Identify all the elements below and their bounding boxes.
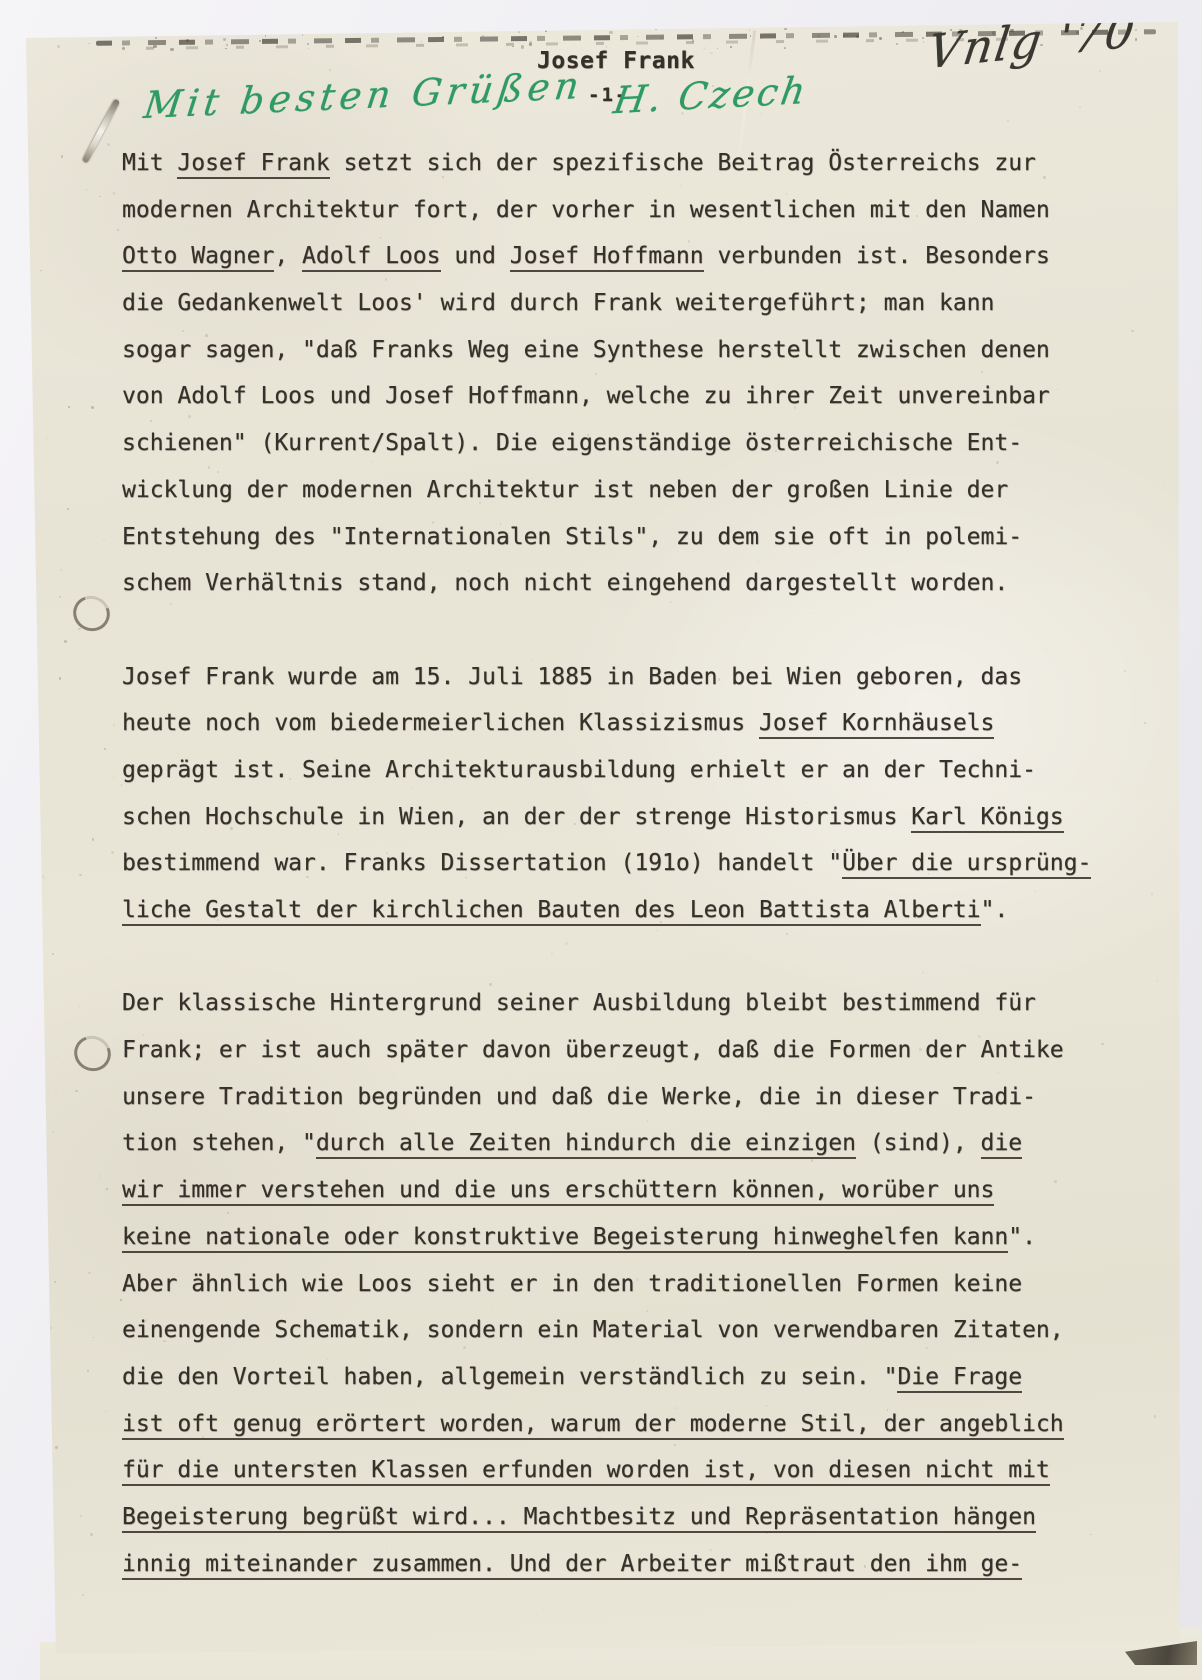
toner-speck [82,1594,84,1596]
text-segment: setzt sich der spezifische Beitrag Öster… [330,150,1036,176]
toner-speck [1157,980,1158,981]
toner-speck [1079,106,1082,109]
text-segment: von Adolf Loos und Josef Hoffmann, welch… [122,383,1050,409]
toner-speck [784,28,786,30]
toner-speck [113,724,115,726]
typewritten-line: sogar sagen, "daß Franks Weg eine Synthe… [122,327,1132,374]
toner-speck [36,1442,39,1445]
underlined-text: Josef Frank [177,150,329,179]
toner-speck [37,953,38,954]
typewritten-line: wir immer verstehen und die uns erschütt… [122,1167,1132,1214]
toner-speck [377,28,380,31]
toner-speck [896,43,898,45]
typewritten-line: Frank; er ist auch später davon überzeug… [122,1027,1132,1074]
typewritten-line: für die untersten Klassen erfunden worde… [122,1447,1132,1494]
text-segment: Entstehung des "Internationalen Stils", … [122,524,1022,550]
text-segment: die den Vorteil haben, allgemein verstän… [122,1364,897,1390]
underlined-text: Über die ursprüng- [842,850,1091,879]
toner-speck [91,406,94,409]
toner-speck [104,748,106,750]
toner-speck [114,706,115,707]
handwritten-date-note: Vnlg '70 [925,3,1140,80]
typewritten-line: schem Verhältnis stand, noch nicht einge… [122,560,1132,607]
text-segment: wicklung der modernen Architektur ist ne… [122,477,1008,503]
toner-speck [87,1370,89,1372]
toner-speck [43,1566,45,1568]
text-segment: (sind), [856,1130,981,1156]
toner-speck [43,877,45,879]
underlined-text: durch alle Zeiten hindurch die einzigen [316,1130,856,1159]
typewritten-line: Entstehung des "Internationalen Stils", … [122,514,1132,561]
toner-speck [46,438,47,439]
paper-sheet: Vnlg '70 Josef Frank -1- Mit besten Grüß… [26,22,1180,1654]
toner-speck [730,46,732,48]
underlined-text: Begeisterung begrüßt wird... Machtbesitz… [122,1504,1036,1533]
typewritten-line: geprägt ist. Seine Architekturausbildung… [122,747,1132,794]
toner-speck [1151,893,1153,895]
scanned-document: Vnlg '70 Josef Frank -1- Mit besten Grüß… [0,0,1202,1680]
typewritten-line: tion stehen, "durch alle Zeiten hindurch… [122,1120,1132,1167]
underlined-text: Adolf Loos [302,243,440,272]
toner-speck [111,851,114,854]
text-segment: die Gedankenwelt Loos' wird durch Frank … [122,290,994,316]
text-segment: ". [981,897,1009,923]
toner-speck [75,1090,78,1093]
underlined-text: keine nationale oder konstruktive Begeis… [122,1224,1008,1253]
toner-speck [86,189,87,190]
text-segment: Josef Frank wurde am 15. Juli 1885 in Ba… [122,664,1022,690]
toner-speck [45,1340,48,1343]
toner-speck [117,229,119,231]
toner-speck [1144,722,1146,724]
text-segment: tion stehen, " [122,1130,316,1156]
toner-speck [1007,120,1009,122]
handwritten-greeting: Mit besten Grüßen [141,64,586,127]
typewritten-line: modernen Architektur fort, der vorher in… [122,187,1132,234]
text-segment: modernen Architektur fort, der vorher in… [122,197,1050,223]
toner-speck [46,1531,49,1534]
text-segment: heute noch vom biedermeierlichen Klassiz… [122,710,759,736]
underlined-text: Karl Königs [911,804,1063,833]
toner-speck [698,28,699,29]
toner-speck [103,539,104,540]
text-segment: geprägt ist. Seine Architekturausbildung… [122,757,1036,783]
toner-speck [88,1272,90,1274]
paragraph: Josef Frank wurde am 15. Juli 1885 in Ba… [122,654,1132,934]
typewritten-line: die den Vorteil haben, allgemein verstän… [122,1354,1132,1401]
toner-speck [57,1057,58,1058]
text-segment: Aber ähnlich wie Loos sieht er in den tr… [122,1271,1022,1297]
underlined-text: für die untersten Klassen erfunden worde… [122,1457,1050,1486]
text-segment: einengende Schematik, sondern ein Materi… [122,1317,1064,1343]
hole-punch-mark [67,590,115,637]
toner-speck [717,48,719,50]
toner-speck [92,838,94,840]
underlined-text: ist oft genug erörtert worden, warum der… [122,1411,1064,1440]
text-segment: Der klassische Hintergrund seiner Ausbil… [122,990,1036,1016]
handwritten-signature: H. Czech [611,69,812,123]
typewritten-line: innig miteinander zusammen. Und der Arbe… [122,1541,1132,1588]
toner-speck [59,677,61,679]
toner-speck [50,1327,52,1329]
toner-speck [57,45,60,48]
typewritten-line: Begeisterung begrüßt wird... Machtbesitz… [122,1494,1132,1541]
text-segment: und [441,243,510,269]
toner-speck [710,52,712,54]
toner-speck [80,1515,82,1517]
toner-speck [372,28,375,31]
toner-speck [34,955,35,956]
toner-speck [79,1006,81,1008]
toner-speck [1157,1039,1158,1040]
toner-speck [90,1533,93,1536]
toner-speck [315,33,316,34]
text-segment: verbunden ist. Besonders [704,243,1050,269]
toner-speck [241,34,242,35]
toner-speck [512,46,513,47]
toner-speck [99,196,100,197]
toner-speck [55,1446,58,1449]
toner-speck [52,1131,54,1133]
typewritten-line: Der klassische Hintergrund seiner Ausbil… [122,980,1132,1027]
typewritten-line: schienen" (Kurrent/Spalt). Die eigenstän… [122,420,1132,467]
typewritten-line: keine nationale oder konstruktive Begeis… [122,1214,1132,1261]
typewritten-line: liche Gestalt der kirchlichen Bauten des… [122,887,1132,934]
underlined-text: Josef Kornhäusels [759,710,994,739]
toner-speck [88,43,89,44]
toner-speck [593,27,595,29]
text-segment: , [274,243,302,269]
typewritten-line: ist oft genug erörtert worden, warum der… [122,1401,1132,1448]
typewritten-line: einengende Schematik, sondern ein Materi… [122,1307,1132,1354]
typewritten-line: die Gedankenwelt Loos' wird durch Frank … [122,280,1132,327]
toner-speck [518,31,519,32]
toner-speck [749,30,751,32]
typewritten-line: heute noch vom biedermeierlichen Klassiz… [122,700,1132,747]
toner-speck [37,798,38,799]
text-segment: schem Verhältnis stand, noch nicht einge… [122,570,1008,596]
toner-speck [207,31,210,34]
toner-speck [42,875,44,877]
toner-speck [93,1337,94,1338]
toner-speck [107,143,110,146]
typewritten-line: unsere Tradition begründen und daß die W… [122,1074,1132,1121]
underlined-text: liche Gestalt der kirchlichen Bauten des… [122,897,981,926]
typewritten-line: von Adolf Loos und Josef Hoffmann, welch… [122,373,1132,420]
text-segment: Frank; er ist auch später davon überzeug… [122,1037,1064,1063]
toner-speck [260,29,261,30]
typewritten-line: Otto Wagner, Adolf Loos und Josef Hoffma… [122,233,1132,280]
toner-speck [1154,1415,1156,1417]
toner-speck [113,777,115,779]
typewritten-line: Mit Josef Frank setzt sich der spezifisc… [122,140,1132,187]
underlined-text: die [981,1130,1023,1159]
paragraph: Mit Josef Frank setzt sich der spezifisc… [122,140,1132,607]
underlined-text: Josef Hoffmann [510,243,704,272]
text-segment: sogar sagen, "daß Franks Weg eine Synthe… [122,337,1050,363]
staple [82,99,120,164]
toner-speck [545,30,547,32]
toner-speck [55,1092,56,1093]
toner-speck [543,1609,545,1611]
toner-speck [256,34,257,35]
underlined-text: innig miteinander zusammen. Und der Arbe… [122,1551,1022,1580]
toner-speck [68,406,69,407]
toner-speck [113,192,115,194]
toner-speck [40,270,42,272]
toner-speck [52,953,54,955]
toner-speck [64,640,67,643]
toner-speck [784,47,786,49]
toner-speck [1164,484,1165,485]
toner-speck [1135,38,1137,40]
toner-speck [703,47,706,50]
typewritten-line: bestimmend war. Franks Dissertation (191… [122,840,1132,887]
typewritten-line: Aber ähnlich wie Loos sieht er in den tr… [122,1261,1132,1308]
toner-speck [492,28,495,31]
text-segment: ". [1008,1224,1036,1250]
paragraph: Der klassische Hintergrund seiner Ausbil… [122,980,1132,1587]
hole-punch-mark [68,1030,116,1077]
toner-speck [39,1612,42,1615]
toner-speck [265,35,267,37]
text-segment: bestimmend war. Franks Dissertation (191… [122,850,842,876]
toner-speck [61,155,64,158]
toner-speck [54,1281,56,1283]
toner-speck [981,78,982,79]
toner-speck [60,569,62,571]
toner-speck [78,628,81,631]
underlined-text: Die Frage [897,1364,1022,1393]
toner-speck [79,874,81,876]
toner-speck [99,1175,101,1177]
toner-speck [521,45,524,48]
toner-speck [155,37,157,39]
underlined-text: wir immer verstehen und die uns erschütt… [122,1177,994,1206]
typewritten-line: schen Hochschule in Wien, an der der str… [122,794,1132,841]
text-segment: unsere Tradition begründen und daß die W… [122,1084,1036,1110]
typewritten-line: Josef Frank wurde am 15. Juli 1885 in Ba… [122,654,1132,701]
toner-speck [1099,70,1101,72]
toner-speck [302,34,303,35]
toner-speck [59,596,61,598]
text-segment: schen Hochschule in Wien, an der der str… [122,804,911,830]
underlined-text: Otto Wagner [122,243,274,272]
toner-speck [67,508,70,511]
toner-speck [122,47,125,50]
toner-speck [329,69,331,71]
toner-speck [609,31,612,34]
toner-speck [106,1188,108,1190]
typewritten-line: wicklung der modernen Architektur ist ne… [122,467,1132,514]
toner-speck [105,1411,106,1412]
text-segment: schienen" (Kurrent/Spalt). Die eigenstän… [122,430,1022,456]
typed-body: Mit Josef Frank setzt sich der spezifisc… [122,140,1132,1587]
text-segment: Mit [122,150,177,176]
toner-speck [655,28,657,30]
toner-speck [923,41,924,42]
